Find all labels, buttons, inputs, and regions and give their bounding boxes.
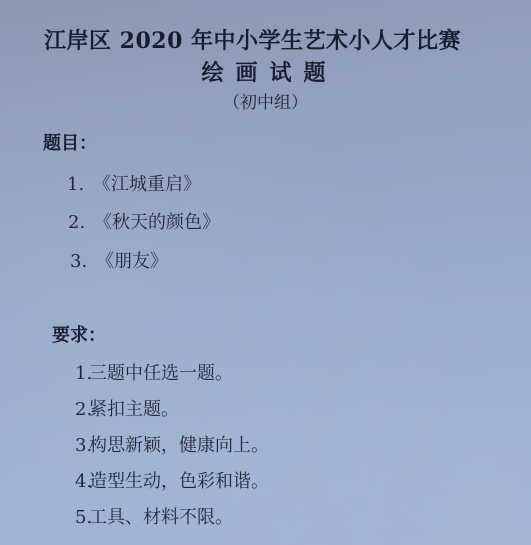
- requirement-item: 1.三题中任选一题。: [75, 359, 233, 385]
- document-subtitle: 绘画试题: [0, 56, 531, 87]
- topic-text: 《朋友》: [96, 251, 168, 272]
- topic-item: 3.《朋友》: [70, 247, 168, 273]
- requirement-item: 3.构思新颖，健康向上。: [75, 431, 269, 457]
- topic-number: 1.: [67, 174, 93, 195]
- requirement-text: 构思新颖，健康向上。: [89, 435, 269, 456]
- topic-text: 《江城重启》: [93, 174, 201, 195]
- requirement-text: 工具、材料不限。: [89, 507, 233, 528]
- requirement-text: 三题中任选一题。: [89, 363, 233, 384]
- topic-item: 2.《秋天的颜色》: [68, 208, 220, 234]
- requirement-text: 造型生动，色彩和谐。: [89, 471, 269, 492]
- topic-item: 1.《江城重启》: [67, 170, 201, 196]
- topic-number: 2.: [68, 212, 94, 233]
- requirement-number: 2.: [75, 399, 89, 420]
- group-label: （初中组）: [0, 88, 531, 113]
- document-title: 江岸区 2020 年中小学生艺术小人才比赛: [44, 24, 461, 55]
- requirement-number: 1.: [75, 363, 89, 384]
- requirement-text: 紧扣主题。: [89, 399, 179, 420]
- requirement-number: 3.: [75, 435, 89, 456]
- requirements-heading: 要求：: [52, 321, 106, 347]
- requirement-number: 5.: [75, 507, 89, 528]
- requirement-number: 4.: [75, 471, 89, 492]
- requirement-item: 4.造型生动，色彩和谐。: [75, 467, 269, 493]
- requirement-item: 5.工具、材料不限。: [75, 503, 233, 529]
- topic-number: 3.: [70, 251, 96, 272]
- topics-heading: 题目：: [43, 129, 97, 155]
- topic-text: 《秋天的颜色》: [94, 212, 220, 233]
- requirement-item: 2.紧扣主题。: [75, 395, 179, 421]
